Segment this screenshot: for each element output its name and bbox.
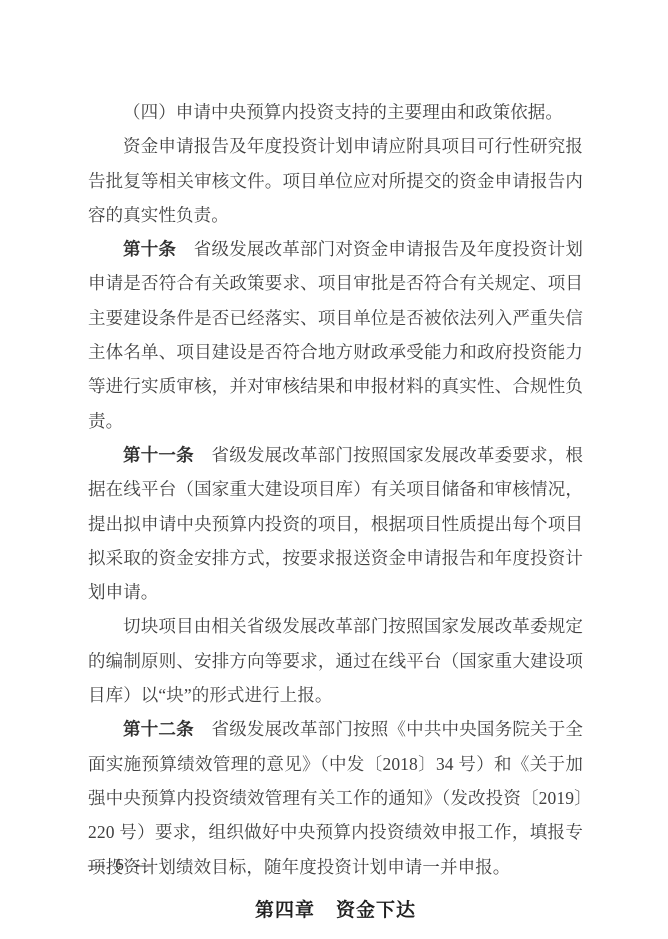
article-11-lead: 第十一条	[123, 445, 194, 465]
page-number: — 6 —	[88, 854, 154, 876]
paragraph-item-4: （四）申请中央预算内投资支持的主要理由和政策依据。	[88, 95, 583, 129]
document-page: （四）申请中央预算内投资支持的主要理由和政策依据。 资金申请报告及年度投资计划申…	[0, 0, 668, 939]
article-12-lead: 第十二条	[123, 719, 194, 739]
paragraph-article-10: 第十条 省级发展改革部门对资金申请报告及年度投资计划申请是否符合有关政策要求、项…	[88, 232, 583, 438]
paragraph-text: 省级发展改革部门按照国家发展改革委要求，根据在线平台（国家重大建设项目库）有关项…	[88, 445, 583, 602]
chapter-heading: 第四章资金下达	[88, 894, 583, 928]
chapter-number: 第四章	[255, 900, 315, 921]
paragraph-text: （四）申请中央预算内投资支持的主要理由和政策依据。	[123, 102, 563, 122]
paragraph-text: 资金申请报告及年度投资计划申请应附具项目可行性研究报告批复等相关审核文件。项目单…	[88, 136, 583, 225]
body-text: （四）申请中央预算内投资支持的主要理由和政策依据。 资金申请报告及年度投资计划申…	[88, 95, 583, 928]
paragraph-article-12: 第十二条 省级发展改革部门按照《中共中央国务院关于全面实施预算绩效管理的意见》（…	[88, 712, 583, 883]
paragraph-block-projects: 切块项目由相关省级发展改革部门按照国家发展改革委规定的编制原则、安排方向等要求，…	[88, 609, 583, 712]
paragraph-article-11: 第十一条 省级发展改革部门按照国家发展改革委要求，根据在线平台（国家重大建设项目…	[88, 438, 583, 609]
paragraph-funding-report: 资金申请报告及年度投资计划申请应附具项目可行性研究报告批复等相关审核文件。项目单…	[88, 129, 583, 232]
chapter-title: 资金下达	[336, 900, 416, 921]
paragraph-text: 省级发展改革部门按照《中共中央国务院关于全面实施预算绩效管理的意见》（中发〔20…	[88, 719, 583, 876]
paragraph-text: 省级发展改革部门对资金申请报告及年度投资计划申请是否符合有关政策要求、项目审批是…	[88, 239, 583, 430]
article-10-lead: 第十条	[123, 239, 176, 259]
paragraph-text: 切块项目由相关省级发展改革部门按照国家发展改革委规定的编制原则、安排方向等要求，…	[88, 616, 583, 705]
